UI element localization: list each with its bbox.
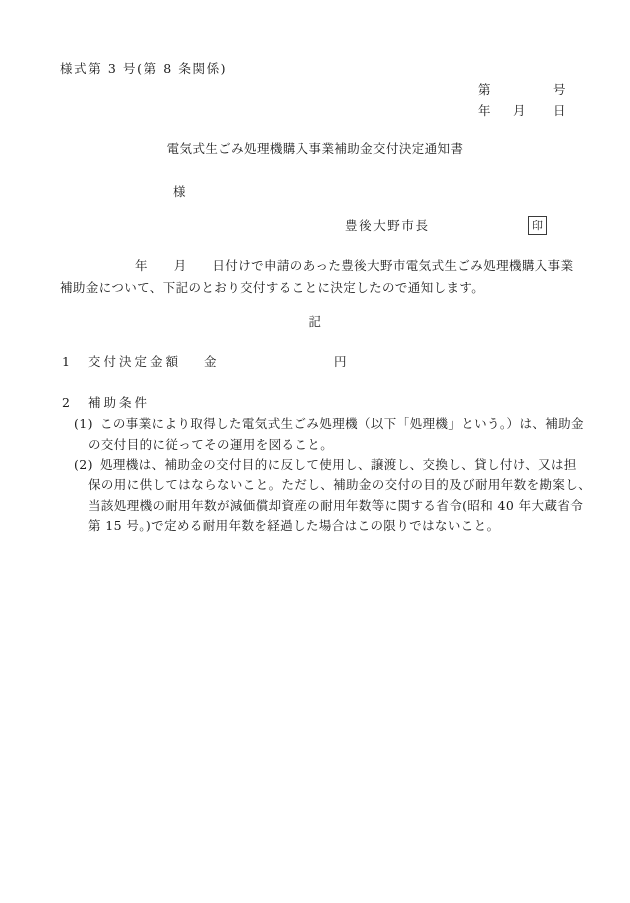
- item2-sub1-line-2: の交付目的に従ってその運用を図ること。: [88, 437, 333, 452]
- item1-currency-prefix: 金: [204, 354, 217, 369]
- date-day-label: 日: [553, 103, 566, 118]
- item1-currency-suffix: 円: [334, 354, 347, 369]
- item2-sub2-line-3: 当該処理機の耐用年数が減価償却資産の耐用年数等に関する省令(昭和 40 年大蔵省…: [88, 498, 583, 513]
- issuer-name: 豊後大野市長: [345, 218, 430, 233]
- body-paragraph-line-2: 補助金について、下記のとおり交付することに決定したので通知します。: [60, 280, 484, 295]
- date-month-label: 月: [513, 103, 526, 118]
- item2-sub1-marker: (1): [74, 416, 93, 431]
- record-marker: 記: [0, 314, 630, 329]
- item2-sub2-line-4: 第 15 号。)で定める耐用年数を経過した場合はこの限りではないこと。: [88, 518, 499, 533]
- item2-sub2-line-1: 処理機は、補助金の交付目的に反して使用し、譲渡し、交換し、貸し付け、又は担: [100, 457, 577, 472]
- seal-placeholder-box: 印: [528, 216, 547, 235]
- grant-decision-notice-page: 様式第 3 号(第 8 条関係) 第 号 年 月 日 電気式生ごみ処理機購入事業…: [0, 0, 630, 903]
- date-year-label: 年: [478, 103, 491, 118]
- form-number-label: 様式第 3 号(第 8 条関係): [60, 61, 227, 76]
- body-paragraph-line-1: 年 月 日付けで申請のあった豊後大野市電気式生ごみ処理機購入事業: [135, 258, 573, 273]
- item1-number: 1: [62, 354, 70, 369]
- item2-sub2-marker: (2): [74, 457, 93, 472]
- doc-number-prefix: 第: [478, 82, 491, 97]
- item2-number: 2: [62, 395, 70, 410]
- doc-number-suffix: 号: [553, 82, 566, 97]
- item1-label: 交付決定金額: [88, 354, 181, 369]
- item2-sub1-line-1: この事業により取得した電気式生ごみ処理機（以下「処理機」という。）は、補助金: [100, 416, 584, 431]
- document-title: 電気式生ごみ処理機購入事業補助金交付決定通知書: [0, 141, 630, 156]
- item2-label: 補助条件: [88, 395, 150, 410]
- addressee-honorific: 様: [173, 184, 186, 199]
- item2-sub2-line-2: 保の用に供してはならないこと。ただし、補助金の交付の目的及び耐用年数を勘案し、: [88, 477, 591, 492]
